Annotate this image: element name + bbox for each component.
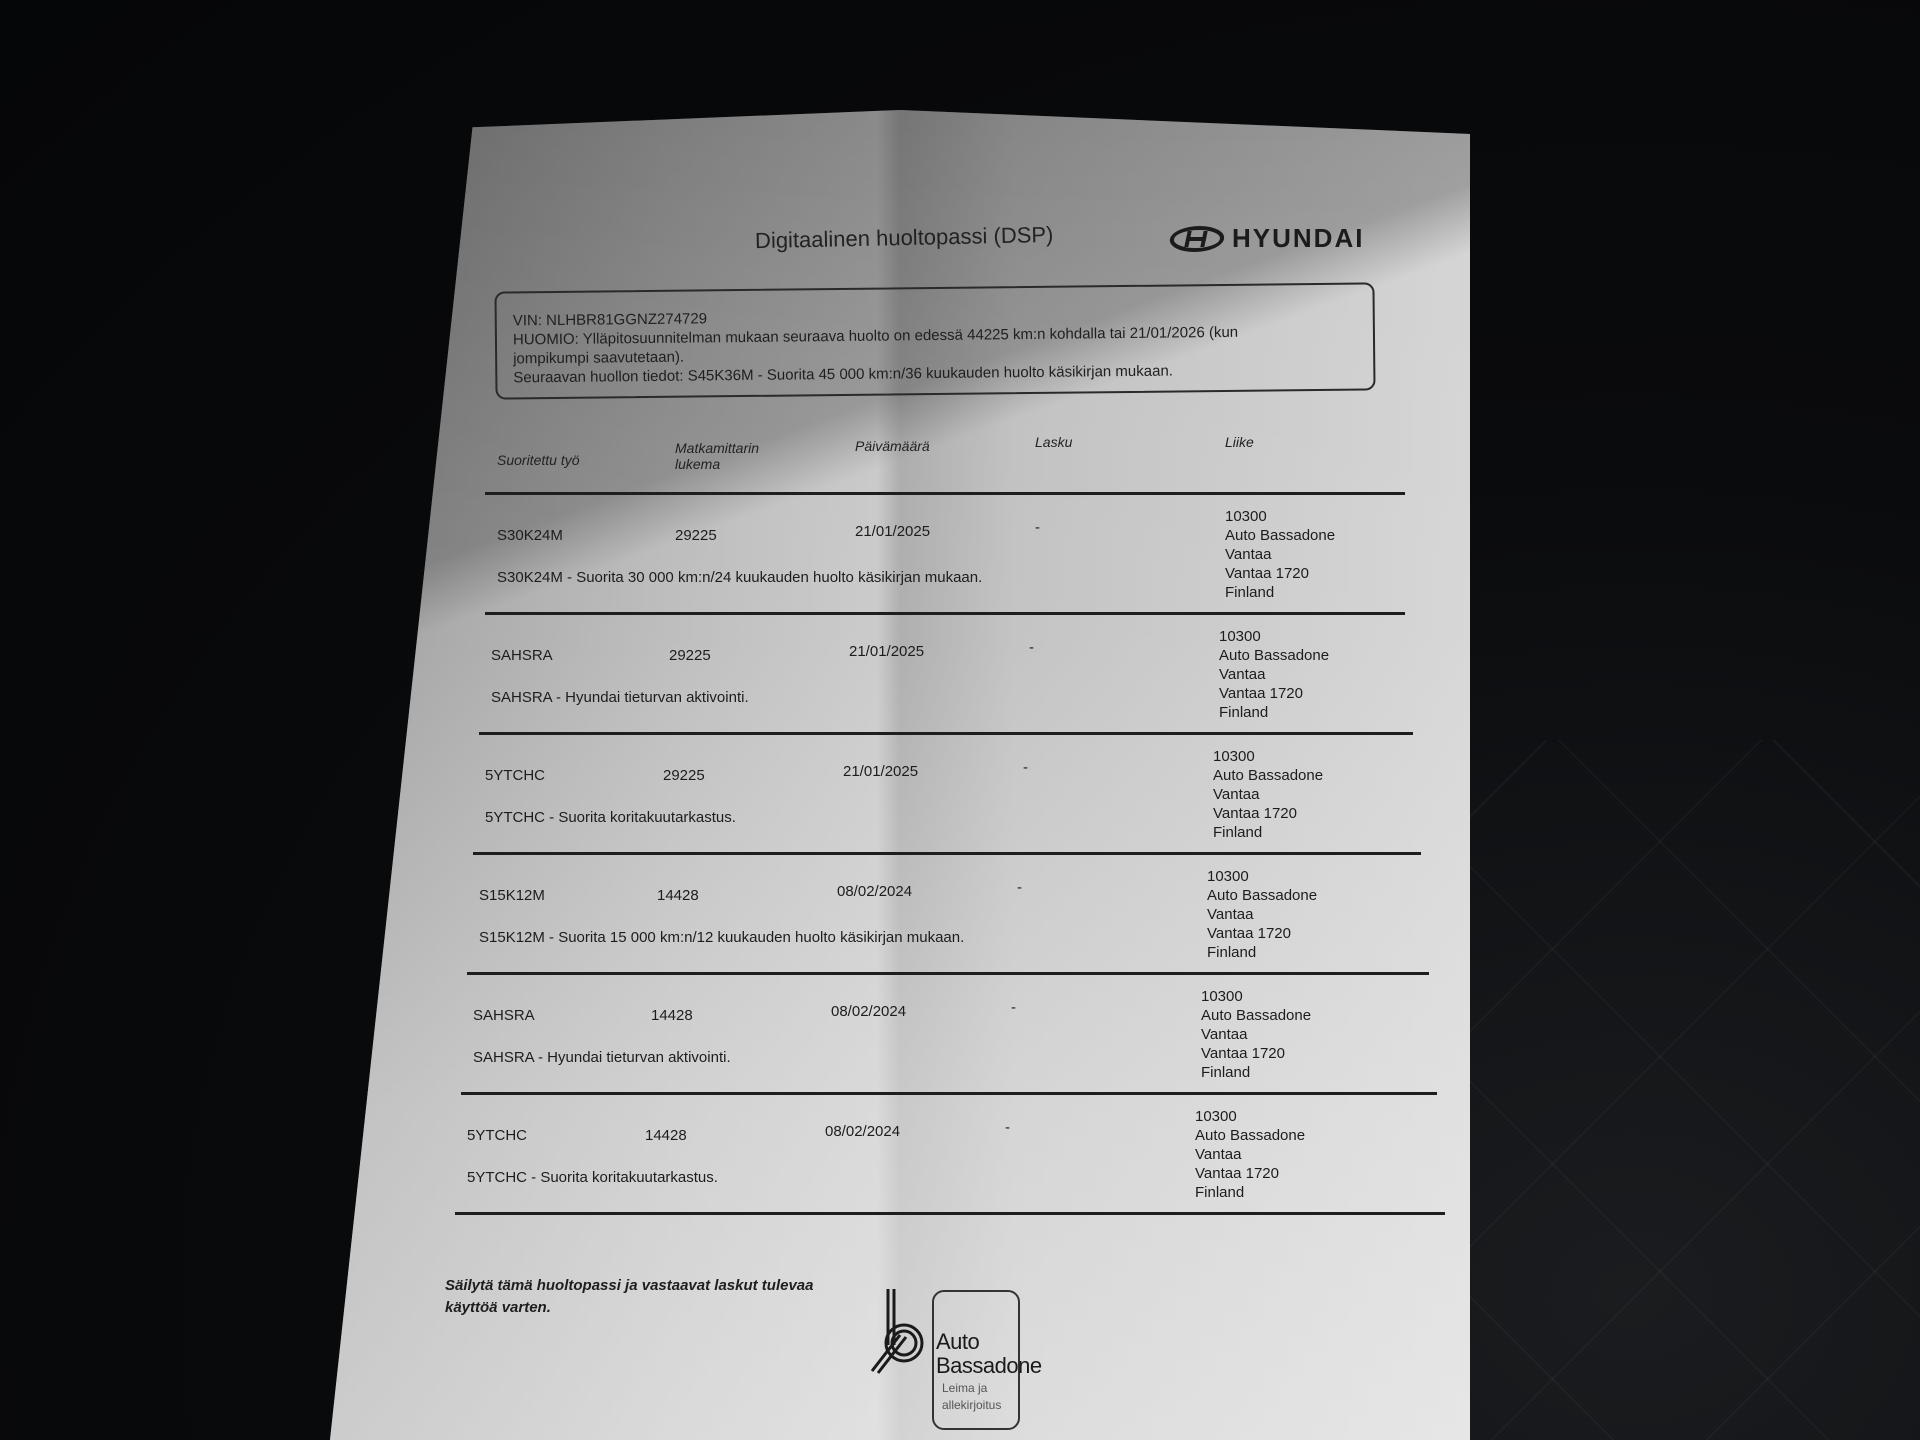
service-passport-document: Digitaalinen huoltopassi (DSP) HYUNDAI V…: [455, 115, 1470, 1440]
table-row: S15K12M1442808/02/2024-10300Auto Bassado…: [467, 855, 1429, 975]
dealer-address-line: Finland: [1213, 823, 1323, 842]
dealer-address-line: Vantaa: [1219, 665, 1329, 684]
invoice-value: -: [1005, 1119, 1010, 1136]
document-title: Digitaalinen huoltopassi (DSP): [755, 222, 1054, 254]
dealer-address-line: Finland: [1201, 1063, 1311, 1082]
odometer-reading: 14428: [645, 1127, 687, 1144]
header-odometer: Matkamittarin lukema: [675, 440, 759, 472]
invoice-value: -: [1023, 759, 1028, 776]
work-description: SAHSRA - Hyundai tieturvan aktivointi.: [473, 1049, 731, 1066]
work-description: SAHSRA - Hyundai tieturvan aktivointi.: [491, 689, 749, 706]
footer-note: Säilytä tämä huoltopassi ja vastaavat la…: [445, 1275, 885, 1319]
dealer-address: 10300Auto BassadoneVantaaVantaa 1720Finl…: [1207, 867, 1317, 962]
dealer-address-line: Finland: [1225, 583, 1335, 602]
dealer-address-line: Vantaa 1720: [1207, 924, 1317, 943]
invoice-value: -: [1011, 999, 1016, 1016]
dealer-address-line: 10300: [1201, 987, 1311, 1006]
service-date: 08/02/2024: [825, 1123, 900, 1140]
dealer-address: 10300Auto BassadoneVantaaVantaa 1720Finl…: [1195, 1107, 1305, 1202]
dealer-address-line: 10300: [1213, 747, 1323, 766]
dealer-address-line: Vantaa 1720: [1213, 804, 1323, 823]
dealer-address-line: Vantaa 1720: [1201, 1044, 1311, 1063]
table-row: SAHSRA1442808/02/2024-10300Auto Bassadon…: [461, 975, 1437, 1095]
service-date: 21/01/2025: [849, 643, 924, 660]
invoice-value: -: [1035, 519, 1040, 536]
stamp-dealer-name: Auto Bassadone: [936, 1330, 1042, 1378]
dealer-address-line: Vantaa: [1225, 545, 1335, 564]
invoice-value: -: [1017, 879, 1022, 896]
dealer-address-line: Finland: [1195, 1183, 1305, 1202]
header-odometer-line1: Matkamittarin: [675, 440, 759, 456]
odometer-reading: 14428: [657, 887, 699, 904]
work-description: S30K24M - Suorita 30 000 km:n/24 kuukaud…: [497, 569, 982, 586]
dealer-address: 10300Auto BassadoneVantaaVantaa 1720Finl…: [1219, 627, 1329, 722]
dealer-address-line: Vantaa 1720: [1195, 1164, 1305, 1183]
dealer-address-line: Vantaa 1720: [1219, 684, 1329, 703]
dealer-address-line: Auto Bassadone: [1213, 766, 1323, 785]
dealer-address-line: Finland: [1219, 703, 1329, 722]
work-description: 5YTCHC - Suorita koritakuutarkastus.: [485, 809, 736, 826]
footer-note-line2: käyttöä varten.: [445, 1299, 551, 1316]
odometer-reading: 29225: [663, 767, 705, 784]
service-history-table: Suoritettu työ Matkamittarin lukema Päiv…: [485, 430, 1405, 1215]
dealer-address-line: Auto Bassadone: [1195, 1126, 1305, 1145]
footer-note-line1: Säilytä tämä huoltopassi ja vastaavat la…: [445, 1277, 814, 1294]
dealer-address-line: Vantaa: [1195, 1145, 1305, 1164]
dealer-address-line: Finland: [1207, 943, 1317, 962]
stamp-label-line2: allekirjoitus: [942, 1398, 1001, 1412]
odometer-reading: 29225: [675, 527, 717, 544]
brand-name: HYUNDAI: [1232, 223, 1364, 254]
table-row: 5YTCHC2922521/01/2025-10300Auto Bassadon…: [473, 735, 1421, 855]
hyundai-logo-icon: [1167, 226, 1227, 252]
dealer-address: 10300Auto BassadoneVantaaVantaa 1720Finl…: [1225, 507, 1335, 602]
dealer-address-line: 10300: [1225, 507, 1335, 526]
stamp-label: Leima ja allekirjoitus: [942, 1380, 1001, 1414]
header-work: Suoritettu työ: [497, 452, 580, 468]
dealer-stamp: Auto Bassadone Leima ja allekirjoitus: [870, 1275, 1070, 1425]
dealer-address-line: Vantaa: [1213, 785, 1323, 804]
dealer-address-line: Vantaa: [1201, 1025, 1311, 1044]
car-seat-background: [1400, 740, 1920, 1440]
work-code: S30K24M: [497, 527, 563, 544]
dealer-address-line: Auto Bassadone: [1225, 526, 1335, 545]
header-date: Päivämäärä: [855, 438, 930, 454]
service-date: 21/01/2025: [855, 523, 930, 540]
table-row: SAHSRA2922521/01/2025-10300Auto Bassadon…: [479, 615, 1413, 735]
stamp-label-line1: Leima ja: [942, 1381, 987, 1395]
dealer-address: 10300Auto BassadoneVantaaVantaa 1720Finl…: [1201, 987, 1311, 1082]
dealer-address-line: Auto Bassadone: [1219, 646, 1329, 665]
service-date: 21/01/2025: [843, 763, 918, 780]
table-row: S30K24M2922521/01/2025-10300Auto Bassado…: [485, 495, 1405, 615]
dealer-address-line: Auto Bassadone: [1201, 1006, 1311, 1025]
dealer-address-line: Vantaa: [1207, 905, 1317, 924]
work-description: S15K12M - Suorita 15 000 km:n/12 kuukaud…: [479, 929, 964, 946]
stamp-name-line1: Auto: [936, 1329, 979, 1354]
table-body: S30K24M2922521/01/2025-10300Auto Bassado…: [485, 495, 1405, 1215]
work-code: SAHSRA: [473, 1007, 535, 1024]
work-code: 5YTCHC: [467, 1127, 527, 1144]
header-odometer-line2: lukema: [675, 456, 720, 472]
work-code: 5YTCHC: [485, 767, 545, 784]
brand-header: HYUNDAI: [1170, 223, 1364, 254]
dealer-address-line: 10300: [1219, 627, 1329, 646]
work-code: S15K12M: [479, 887, 545, 904]
service-date: 08/02/2024: [837, 883, 912, 900]
odometer-reading: 29225: [669, 647, 711, 664]
service-date: 08/02/2024: [831, 1003, 906, 1020]
work-description: 5YTCHC - Suorita koritakuutarkastus.: [467, 1169, 718, 1186]
vehicle-info-box: VIN: NLHBR81GGNZ274729 HUOMIO: Ylläpitos…: [494, 282, 1375, 399]
dealer-address-line: Vantaa 1720: [1225, 564, 1335, 583]
odometer-reading: 14428: [651, 1007, 693, 1024]
dealer-address-line: 10300: [1207, 867, 1317, 886]
invoice-value: -: [1029, 639, 1034, 656]
stamp-name-line2: Bassadone: [936, 1353, 1042, 1378]
header-dealer: Liike: [1225, 434, 1254, 450]
dealer-address-line: 10300: [1195, 1107, 1305, 1126]
dealer-address: 10300Auto BassadoneVantaaVantaa 1720Finl…: [1213, 747, 1323, 842]
table-row: 5YTCHC1442808/02/2024-10300Auto Bassadon…: [455, 1095, 1445, 1215]
dealer-address-line: Auto Bassadone: [1207, 886, 1317, 905]
table-header: Suoritettu työ Matkamittarin lukema Päiv…: [485, 430, 1405, 495]
auto-bassadone-logo-icon: [870, 1285, 930, 1385]
work-code: SAHSRA: [491, 647, 553, 664]
header-invoice: Lasku: [1035, 434, 1072, 450]
